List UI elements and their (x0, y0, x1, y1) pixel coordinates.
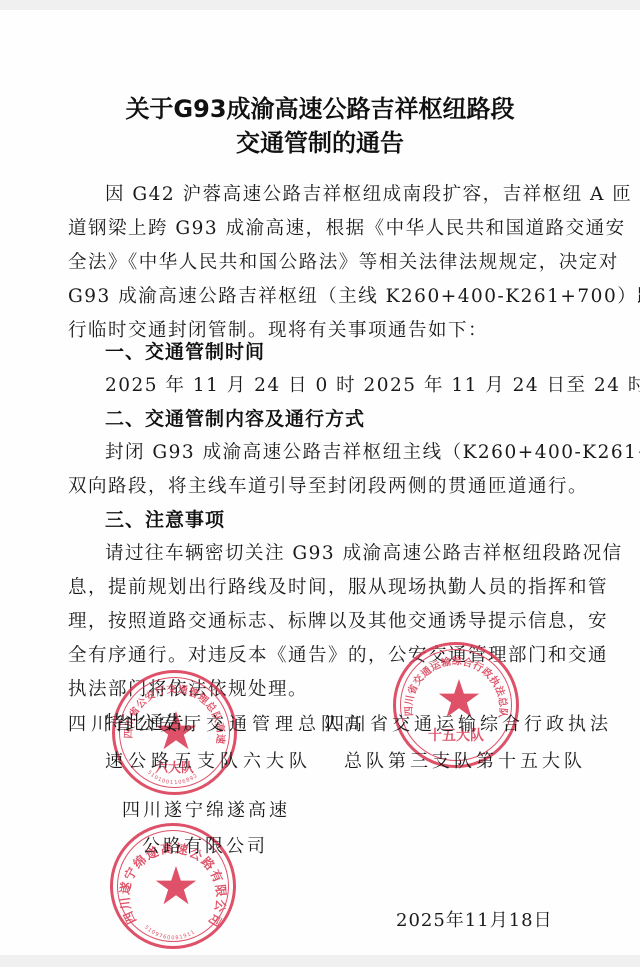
signatory-2-line1: 四川省交通运输综合行政执法 (326, 710, 612, 736)
star-icon (155, 866, 197, 906)
intro-line: G93 成渝高速公路吉祥枢纽（主线 K260+400-K261+700）路段进 (68, 282, 640, 308)
section-line: 全有序通行。对违反本《通告》的，公安交通管理部门和交通 (68, 641, 608, 667)
intro-line: 全法》《中华人民共和国公路法》等相关法律法规规定，决定对 (68, 248, 619, 274)
signatory-2-line2: 总队第三支队第十五大队 (344, 747, 586, 773)
section-line: 理，按照道路交通标志、标牌以及其他交通诱导提示信息，安 (68, 607, 608, 633)
intro-line: 道钢梁上跨 G93 成渝高速，根据《中华人民共和国道路交通安 (68, 214, 626, 240)
notice-title-line1: 关于G93成渝高速公路吉祥枢纽路段 (0, 89, 640, 124)
signatory-1-line2: 速公路五支队六大队 (105, 747, 312, 773)
signatory-1-line1: 四川省公安厅交通管理总队高 (68, 710, 367, 736)
intro-line: 因 G42 沪蓉高速公路吉祥枢纽成南段扩容，吉祥枢纽 A 匝 (105, 180, 632, 206)
section-line: 封闭 G93 成渝高速公路吉祥枢纽主线（K260+400-K261+700） (105, 438, 640, 464)
notice-page: 关于G93成渝高速公路吉祥枢纽路段 交通管制的通告 因 G42 沪蓉高速公路吉祥… (0, 10, 640, 955)
signatory-3-line2: 公路有限公司 (142, 832, 268, 858)
svg-text:5109760081911: 5109760081911 (143, 924, 197, 941)
signatory-3-line1: 四川遂宁绵遂高速 (122, 796, 290, 822)
section-line: 息，提前规划出行路线及时间，服从现场执勤人员的指挥和管 (68, 573, 608, 599)
section-heading-content: 二、交通管制内容及通行方式 (105, 404, 365, 431)
notice-title-line2: 交通管制的通告 (0, 123, 640, 158)
section-line: 双向路段，将主线车道引导至封闭段两侧的贯通匝道通行。 (68, 472, 588, 498)
issue-date: 2025年11月18日 (396, 906, 553, 932)
section-heading-time: 一、交通管制时间 (105, 337, 265, 364)
section-line: 请过往车辆密切关注 G93 成渝高速公路吉祥枢纽段路况信 (105, 539, 623, 565)
section-line: 2025 年 11 月 24 日 0 时 2025 年 11 月 24 日至 2… (105, 371, 640, 397)
section-heading-notes: 三、注意事项 (105, 505, 225, 532)
